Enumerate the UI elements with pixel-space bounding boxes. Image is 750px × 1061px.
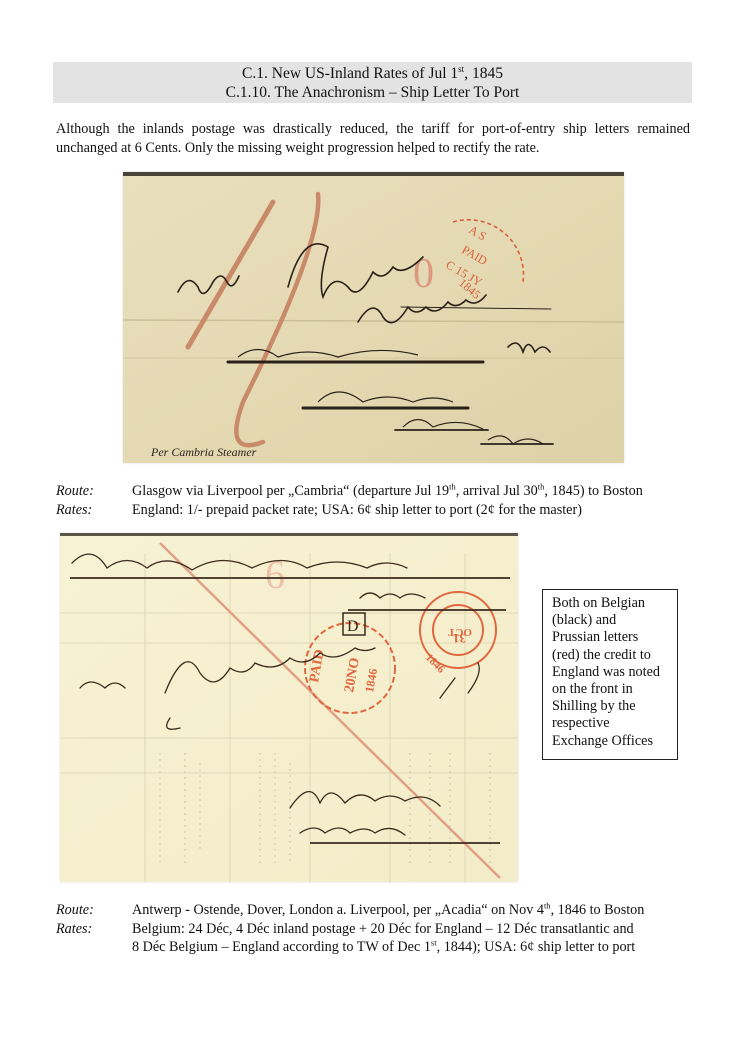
letter-2-illustration: 6 PAID 20NO 1846 D 31 OCT 1846 <box>60 533 518 882</box>
note-line: Exchange Offices <box>552 733 671 750</box>
header-line-1-suffix: , 1845 <box>464 65 503 82</box>
rates-value: Belgium: 24 Déc, 4 Déc inland postage + … <box>132 920 706 957</box>
letter-2-caption: Route: Antwerp - Ostende, Dover, London … <box>56 901 706 957</box>
rates-line-2: 8 Déc Belgium – England according to TW … <box>132 938 706 957</box>
svg-text:0: 0 <box>413 251 434 297</box>
route-row: Route: Glasgow via Liverpool per „Cambri… <box>56 482 706 501</box>
note-line: (black) and <box>552 612 671 629</box>
svg-text:D: D <box>347 618 359 635</box>
rates-value: England: 1/- prepaid packet rate; USA: 6… <box>132 501 706 520</box>
rates-row: Rates: Belgium: 24 Déc, 4 Déc inland pos… <box>56 920 706 957</box>
route-label: Route: <box>56 901 132 920</box>
svg-text:OCT: OCT <box>448 626 473 638</box>
route-text: Glasgow via Liverpool per „Cambria“ (dep… <box>132 483 449 499</box>
letter-1-illustration: A S PAID C 15 JY 1845 0 Per Cambr <box>123 172 624 463</box>
route-value: Glasgow via Liverpool per „Cambria“ (dep… <box>132 482 706 501</box>
header-line-2: C.1.10. The Anachronism – Ship Letter To… <box>53 83 692 102</box>
svg-text:Per Cambria Steamer: Per Cambria Steamer <box>150 445 257 459</box>
letter-2-image: 6 PAID 20NO 1846 D 31 OCT 1846 <box>60 533 518 882</box>
header-line-1-text: C.1. New US-Inland Rates of Jul 1 <box>242 65 458 82</box>
page-header: C.1. New US-Inland Rates of Jul 1st, 184… <box>53 62 692 103</box>
rates-text: 8 Déc Belgium – England according to TW … <box>132 939 431 955</box>
svg-text:6: 6 <box>265 552 285 597</box>
route-sup: th <box>449 481 456 491</box>
rates-text: , 1844); USA: 6¢ ship letter to port <box>437 939 636 955</box>
intro-paragraph: Although the inlands postage was drastic… <box>56 120 690 158</box>
note-line: (red) the credit to <box>552 647 671 664</box>
note-line: respective <box>552 715 671 732</box>
note-line: on the front in <box>552 681 671 698</box>
note-line: England was noted <box>552 664 671 681</box>
rates-line-1: Belgium: 24 Déc, 4 Déc inland postage + … <box>132 920 706 939</box>
letter-1-image: A S PAID C 15 JY 1845 0 Per Cambr <box>123 172 624 463</box>
rates-label: Rates: <box>56 920 132 957</box>
route-text: , 1845) to Boston <box>544 483 643 499</box>
route-label: Route: <box>56 482 132 501</box>
note-line: Prussian letters <box>552 629 671 646</box>
route-value: Antwerp - Ostende, Dover, London a. Live… <box>132 901 706 920</box>
note-line: Shilling by the <box>552 698 671 715</box>
route-sup: th <box>544 900 551 910</box>
note-line: Both on Belgian <box>552 595 671 612</box>
letter-1-caption: Route: Glasgow via Liverpool per „Cambri… <box>56 482 706 519</box>
route-text: , 1846 to Boston <box>551 902 645 918</box>
route-text: , arrival Jul 30 <box>456 483 538 499</box>
route-row: Route: Antwerp - Ostende, Dover, London … <box>56 901 706 920</box>
rates-row: Rates: England: 1/- prepaid packet rate;… <box>56 501 706 520</box>
header-line-1: C.1. New US-Inland Rates of Jul 1st, 184… <box>53 64 692 83</box>
rates-label: Rates: <box>56 501 132 520</box>
route-text: Antwerp - Ostende, Dover, London a. Live… <box>132 902 544 918</box>
note-box: Both on Belgian (black) and Prussian let… <box>542 589 678 760</box>
